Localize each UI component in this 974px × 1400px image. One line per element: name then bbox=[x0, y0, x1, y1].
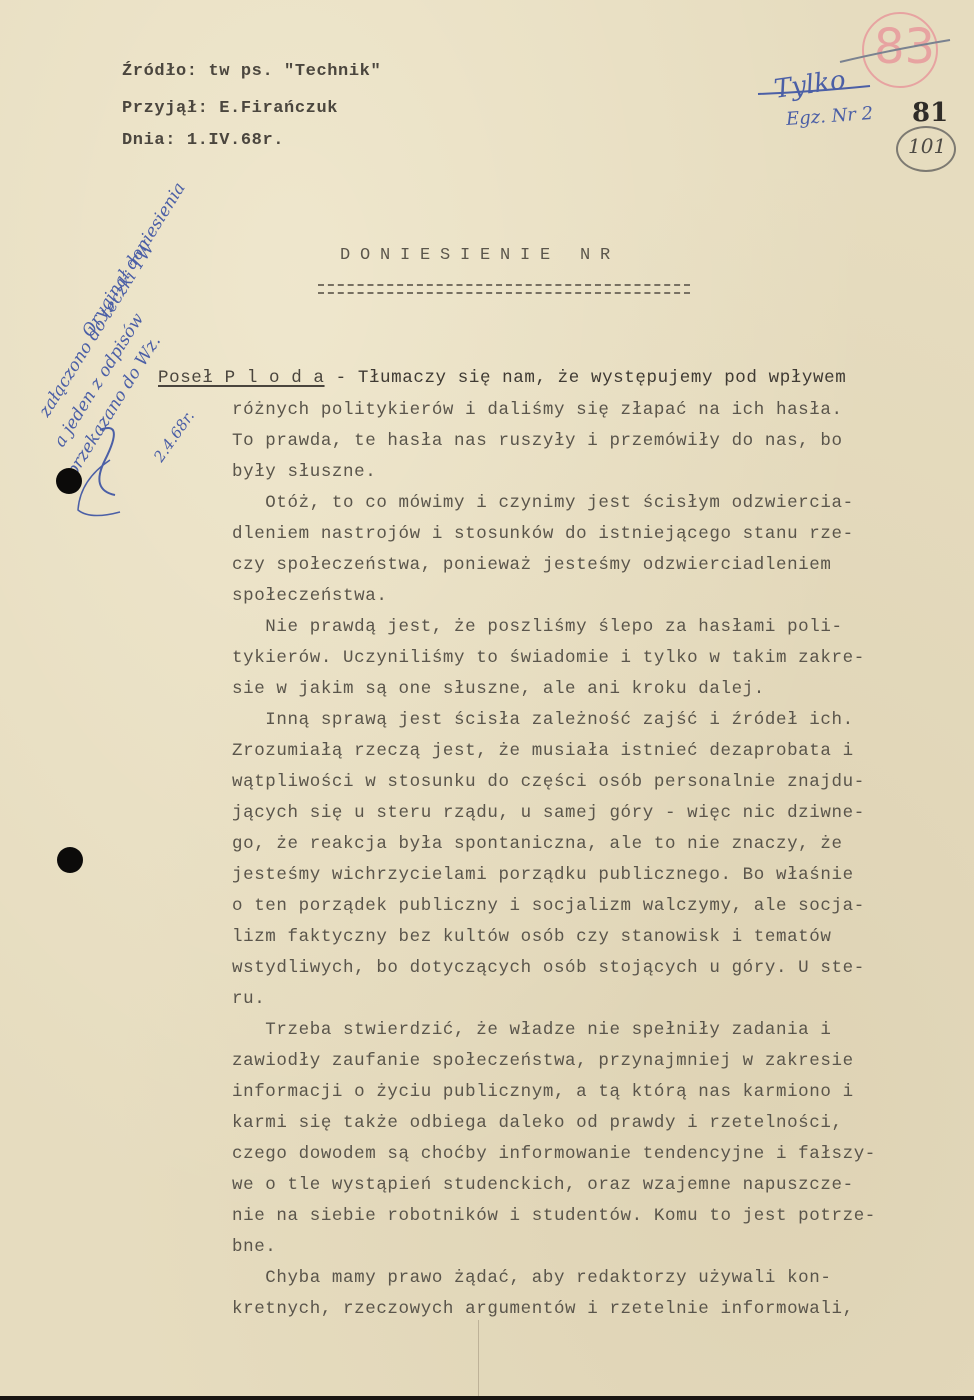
header-date: Dnia: 1.IV.68r. bbox=[122, 131, 284, 150]
gray-page-stamp: 101 bbox=[896, 126, 956, 172]
header-received: Przyjął: E.Firańczuk bbox=[122, 99, 338, 118]
document-page: Źródło: tw ps. "Technik" Przyjął: E.Fira… bbox=[0, 0, 974, 1396]
header-source: Źródło: tw ps. "Technik" bbox=[122, 62, 381, 81]
body-line: lizm faktyczny bez kultów osób czy stano… bbox=[232, 927, 832, 947]
body-line: tykierów. Uczyniliśmy to świadomie i tyl… bbox=[232, 648, 865, 668]
body-line-1: Poseł P l o d a - Tłumaczy się nam, że w… bbox=[158, 368, 846, 388]
body-line: informacji o życiu publicznym, a tą któr… bbox=[232, 1082, 854, 1102]
body-line: były słuszne. bbox=[232, 462, 376, 482]
title-double-underline bbox=[318, 284, 690, 294]
body-line: Nie prawdą jest, że poszliśmy ślepo za h… bbox=[232, 617, 843, 637]
body-line: czego dowodem są choćby informowanie ten… bbox=[232, 1144, 876, 1164]
body-line: Zrozumiałą rzeczą jest, że musiała istni… bbox=[232, 741, 854, 761]
body-line: wątpliwości w stosunku do części osób pe… bbox=[232, 772, 865, 792]
body-line: go, że reakcja była spontaniczna, ale to… bbox=[232, 834, 843, 854]
body-line: społeczeństwa. bbox=[232, 586, 387, 606]
body-line: Trzeba stwierdzić, że władze nie spełnił… bbox=[232, 1020, 832, 1040]
body-line: nie na siebie robotników i studentów. Ko… bbox=[232, 1206, 876, 1226]
speaker-name: Poseł P l o d a bbox=[158, 368, 325, 388]
body-line: jesteśmy wichrzycielami porządku publicz… bbox=[232, 865, 854, 885]
punch-hole-bottom bbox=[57, 847, 83, 873]
body-line: dleniem nastrojów i stosunków do istniej… bbox=[232, 524, 854, 544]
margin-date: 2.4.68r. bbox=[150, 407, 198, 465]
body-line: Chyba mamy prawo żądać, aby redaktorzy u… bbox=[232, 1268, 832, 1288]
handwritten-page-number: 81 bbox=[912, 98, 948, 128]
body-line: we o tle wystąpień studenckich, oraz wza… bbox=[232, 1175, 854, 1195]
body-line: Otóż, to co mówimy i czynimy jest ścisły… bbox=[232, 493, 854, 513]
handwritten-copy-number: Egz. Nr 2 bbox=[785, 103, 873, 130]
body-line: Inną sprawą jest ścisła zależność zajść … bbox=[232, 710, 854, 730]
body-line: jących się u steru rządu, u samej góry -… bbox=[232, 803, 865, 823]
handwritten-strike-lines bbox=[750, 20, 970, 100]
body-line: To prawda, te hasła nas ruszyły i przemó… bbox=[232, 431, 843, 451]
body-line: karmi się także odbiega daleko od prawdy… bbox=[232, 1113, 843, 1133]
body-line: kretnych, rzeczowych argumentów i rzetel… bbox=[232, 1299, 854, 1319]
body-line: różnych politykierów i daliśmy się złapa… bbox=[232, 400, 843, 420]
body-line: o ten porządek publiczny i socjalizm wal… bbox=[232, 896, 865, 916]
punch-hole-top bbox=[56, 468, 82, 494]
document-title: DONIESIENIE NR bbox=[340, 246, 620, 265]
body-line: ru. bbox=[232, 989, 265, 1009]
body-line: sie w jakim są one słuszne, ale ani krok… bbox=[232, 679, 765, 699]
body-line: zawiodły zaufanie społeczeństwa, przynaj… bbox=[232, 1051, 854, 1071]
body-line: czy społeczeństwa, ponieważ jesteśmy odz… bbox=[232, 555, 832, 575]
body-line: wstydliwych, bo dotyczących osób stojący… bbox=[232, 958, 865, 978]
paper-fold bbox=[478, 1320, 479, 1396]
body-line: bne. bbox=[232, 1237, 276, 1257]
